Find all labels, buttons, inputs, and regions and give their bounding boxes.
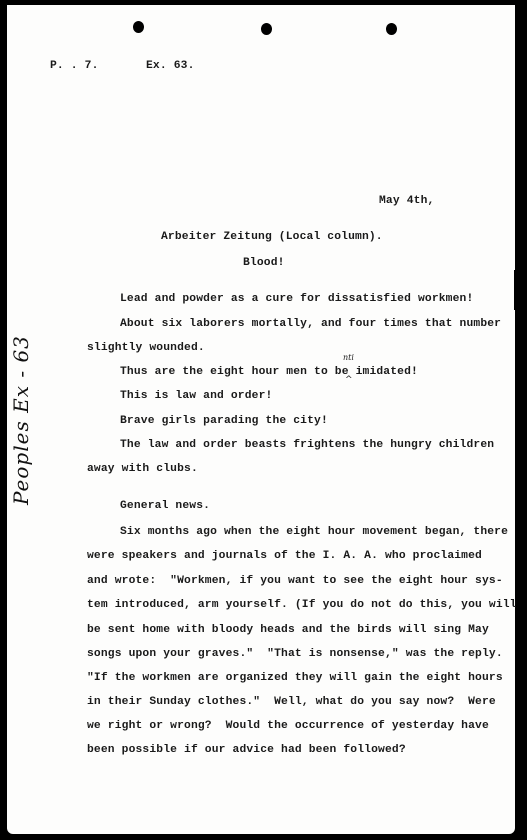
text-line: Thus are the eight hour men to be imidat… [120, 366, 418, 378]
text-line: songs upon your graves." "That is nonsen… [87, 648, 503, 660]
insertion-caret: ^ [345, 375, 353, 385]
scan-edge-shadow [515, 540, 527, 570]
text-line: and wrote: "Workmen, if you want to see … [87, 575, 503, 587]
text-line: we right or wrong? Would the occurrence … [87, 720, 489, 732]
exhibit-reference: Ex. 63. [146, 60, 195, 72]
source-title: Arbeiter Zeitung (Local column). [161, 231, 383, 243]
text-line: be sent home with bloody heads and the b… [87, 624, 489, 636]
text-line: slightly wounded. [87, 342, 205, 354]
text-line: "If the workmen are organized they will … [87, 672, 503, 684]
headline: Blood! [243, 257, 285, 269]
scan-edge-shadow [514, 270, 527, 310]
text-line: Brave girls parading the city! [120, 415, 328, 427]
text-line: Lead and powder as a cure for dissatisfi… [120, 293, 473, 305]
punch-hole-center [261, 23, 272, 35]
punch-hole-left [133, 21, 144, 33]
handwritten-margin-note: Peoples Ex - 63 [9, 335, 33, 505]
text-line: were speakers and journals of the I. A. … [87, 550, 482, 562]
page-reference: P. . 7. [50, 60, 99, 72]
text-line: About six laborers mortally, and four ti… [120, 318, 501, 330]
handwritten-insert: nti [343, 353, 354, 362]
text-line: The law and order beasts frightens the h… [120, 439, 494, 451]
date-line: May 4th, [379, 195, 434, 207]
text-line: in their Sunday clothes." Well, what do … [87, 696, 496, 708]
section-heading: General news. [120, 500, 210, 512]
text-line: been possible if our advice had been fol… [87, 744, 406, 756]
text-line: Six months ago when the eight hour movem… [120, 526, 508, 538]
document-page: P. . 7. Ex. 63. May 4th, Arbeiter Zeitun… [7, 5, 515, 834]
text-line: tem introduced, arm yourself. (If you do… [87, 599, 517, 611]
text-line: This is law and order! [120, 390, 272, 402]
punch-hole-right [386, 23, 397, 35]
text-line: away with clubs. [87, 463, 198, 475]
